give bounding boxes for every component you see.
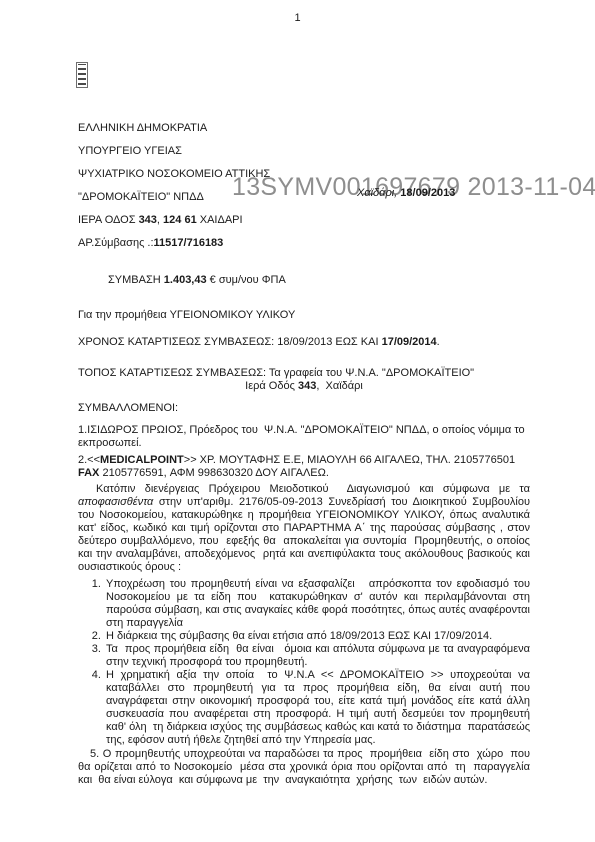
intro-paragraph: Κατόπιν διενέργειας Πρόχειρου Μειοδοτικο… (78, 483, 530, 574)
document-page: 1 13SYMV001697679 2013-11-04 Χαϊδάρι, 18… (0, 0, 595, 842)
term-item-3: Τα προς προμήθεια είδη θα είναι όμοια κα… (104, 643, 530, 669)
term-item-5: 5. Ο προμηθευτής υποχρεούται να παραδώσε… (78, 748, 530, 787)
parties-heading: ΣΥΜΒΑΛΛΟΜΕΝΟΙ: (78, 402, 530, 415)
header-republic: ΕΛΛΗΝΙΚΗ ΔΗΜΟΚΡΑΤΙΑ (78, 122, 530, 135)
header-ministry: ΥΠΟΥΡΓΕΙΟ ΥΓΕΙΑΣ (78, 145, 530, 158)
contract-end-date: 17/09/2014 (382, 336, 437, 348)
contract-duration-line: ΧΡΟΝΟΣ ΚΑΤΑΡΤΙΣΕΩΣ ΣΥΜΒΑΣΕΩΣ: 18/09/2013… (78, 336, 530, 349)
party-2: 2.<<MEDICALPOINT>> ΧΡ. ΜΟΥΤΑΦΗΣ Ε.Ε, ΜΙΑ… (78, 454, 530, 480)
contract-number-value: 11517/716183 (154, 237, 224, 249)
contract-number-label: ΑΡ.Σύμβασης .: (78, 237, 154, 249)
contract-title: ΣΥΜΒΑΣΗ 1.403,43 € συμ/νου ΦΠΑ (78, 274, 530, 287)
header-hospital-name: "ΔΡΟΜΟΚΑΪΤΕΙΟ" ΝΠΔΔ (78, 191, 530, 204)
contract-place-line2: Ιερά Οδός 343, Χαϊδάρι (78, 380, 530, 393)
term-item-4: Η χρηματική αξία την οποία το Ψ.Ν.Α << Δ… (104, 669, 530, 747)
header-address: ΙΕΡΑ ΟΔΟΣ 343, 124 61 ΧΑΙΔΑΡΙ (78, 214, 530, 227)
document-body: ΕΛΛΗΝΙΚΗ ΔΗΜΟΚΡΑΤΙΑ ΥΠΟΥΡΓΕΙΟ ΥΓΕΙΑΣ ΨΥΧ… (78, 0, 530, 787)
header-hospital: ΨΥΧΙΑΤΡΙΚΟ ΝΟΣΟΚΟΜΕΙΟ ΑΤΤΙΚΗΣ (78, 168, 530, 181)
party-2-fax-label: FAX (78, 467, 99, 479)
contract-place-line1: ΤΟΠΟΣ ΚΑΤΑΡΤΙΣΕΩΣ ΣΥΜΒΑΣΕΩΣ: Τα γραφεία … (78, 367, 530, 380)
terms-list: Υποχρέωση του προμηθευτή είναι να εξασφα… (78, 578, 530, 747)
contract-amount: 1.403,43 (164, 274, 207, 286)
party-1: 1.ΙΣΙΔΩΡΟΣ ΠΡΩΙΟΣ, Πρόεδρος του Ψ.Ν.Α. "… (78, 424, 530, 450)
term-item-1: Υποχρέωση του προμηθευτή είναι να εξασφα… (104, 578, 530, 630)
term-item-2: Η διάρκεια της σύμβασης θα είναι ετήσια … (104, 630, 530, 643)
contract-number-line: ΑΡ.Σύμβασης .:11517/716183 (78, 237, 530, 250)
contract-subject: Για την προμήθεια ΥΓΕΙΟΝΟΜΙΚΟΥ ΥΛΙΚΟΥ (78, 309, 530, 322)
party-2-name: MEDICALPOINT (100, 454, 184, 466)
